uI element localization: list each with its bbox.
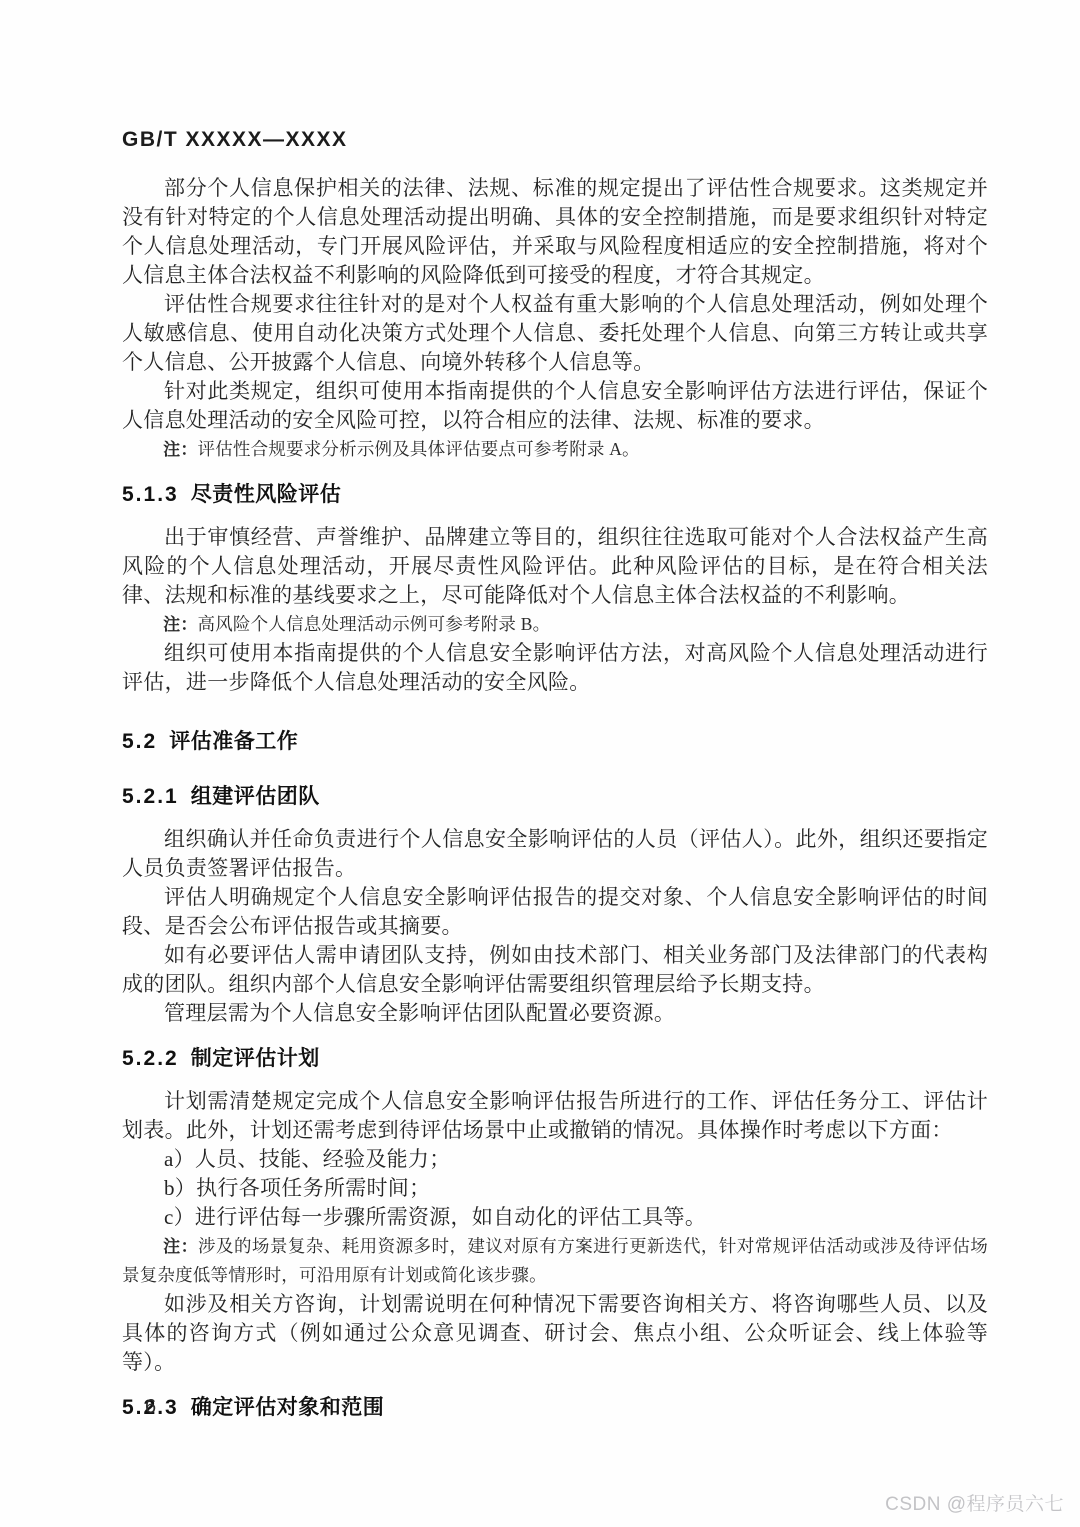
paragraph: 部分个人信息保护相关的法律、法规、标准的规定提出了评估性合规要求。这类规定并没有… bbox=[122, 174, 988, 290]
note-text: 涉及的场景复杂、耗用资源多时，建议对原有方案进行更新迭代，针对常规评估活动或涉及… bbox=[122, 1236, 988, 1285]
document-page: GB/T XXXXX—XXXX 部分个人信息保护相关的法律、法规、标准的规定提出… bbox=[0, 0, 1080, 1527]
paragraph: 计划需清楚规定完成个人信息安全影响评估报告所进行的工作、评估任务分工、评估计划表… bbox=[122, 1087, 988, 1145]
paragraph: 组织确认并任命负责进行个人信息安全影响评估的人员（评估人）。此外，组织还要指定人… bbox=[122, 825, 988, 883]
section-number: 5.2.2 bbox=[122, 1047, 179, 1070]
section-title: 尽责性风险评估 bbox=[191, 483, 342, 506]
paragraph: 管理层需为个人信息安全影响评估团队配置必要资源。 bbox=[122, 999, 988, 1028]
section-title: 评估准备工作 bbox=[169, 730, 298, 753]
note-label: 注： bbox=[163, 440, 197, 459]
paragraph: 针对此类规定，组织可使用本指南提供的个人信息安全影响评估方法进行评估，保证个人信… bbox=[122, 377, 988, 435]
list-item: c）进行评估每一步骤所需资源，如自动化的评估工具等。 bbox=[122, 1203, 988, 1232]
note: 注：涉及的场景复杂、耗用资源多时，建议对原有方案进行更新迭代，针对常规评估活动或… bbox=[122, 1232, 988, 1290]
section-number: 5.2.1 bbox=[122, 785, 179, 808]
section-title: 制定评估计划 bbox=[191, 1047, 320, 1070]
document-content: 部分个人信息保护相关的法律、法规、标准的规定提出了评估性合规要求。这类规定并没有… bbox=[122, 174, 988, 1422]
paragraph: 评估人明确规定个人信息安全影响评估报告的提交对象、个人信息安全影响评估的时间段、… bbox=[122, 883, 988, 941]
note-text: 评估性合规要求分析示例及具体评估要点可参考附录 A。 bbox=[198, 439, 640, 459]
note-text: 高风险个人信息处理活动示例可参考附录 B。 bbox=[198, 614, 551, 634]
note-label: 注： bbox=[163, 1237, 198, 1256]
note-label: 注： bbox=[163, 615, 197, 634]
paragraph: 出于审慎经营、声誉维护、品牌建立等目的，组织往往选取可能对个人合法权益产生高风险… bbox=[122, 523, 988, 610]
section-heading-5.2.3: 5.2.3确定评估对象和范围 bbox=[122, 1393, 988, 1422]
paragraph: 如涉及相关方咨询，计划需说明在何种情况下需要咨询相关方、将咨询哪些人员、以及具体… bbox=[122, 1290, 988, 1377]
section-title: 确定评估对象和范围 bbox=[191, 1396, 385, 1419]
watermark-text: CSDN @程序员六七 bbox=[885, 1489, 1064, 1516]
page-number: 6 bbox=[145, 1396, 156, 1419]
section-heading-5.2.2: 5.2.2制定评估计划 bbox=[122, 1044, 988, 1073]
section-number: 5.1.3 bbox=[122, 483, 179, 506]
section-title: 组建评估团队 bbox=[191, 785, 320, 808]
section-heading-5.2.1: 5.2.1组建评估团队 bbox=[122, 782, 988, 811]
section-heading-5.2: 5.2评估准备工作 bbox=[122, 727, 988, 756]
section-number: 5.2 bbox=[122, 730, 157, 753]
paragraph: 如有必要评估人需申请团队支持，例如由技术部门、相关业务部门及法律部门的代表构成的… bbox=[122, 941, 988, 999]
note: 注：高风险个人信息处理活动示例可参考附录 B。 bbox=[122, 610, 988, 639]
list-item: b）执行各项任务所需时间； bbox=[122, 1174, 988, 1203]
list-item: a）人员、技能、经验及能力； bbox=[122, 1145, 988, 1174]
section-heading-5.1.3: 5.1.3尽责性风险评估 bbox=[122, 480, 988, 509]
paragraph: 评估性合规要求往往针对的是对个人权益有重大影响的个人信息处理活动，例如处理个人敏… bbox=[122, 290, 988, 377]
paragraph: 组织可使用本指南提供的个人信息安全影响评估方法，对高风险个人信息处理活动进行评估… bbox=[122, 639, 988, 697]
note: 注：评估性合规要求分析示例及具体评估要点可参考附录 A。 bbox=[122, 435, 988, 464]
document-body: GB/T XXXXX—XXXX 部分个人信息保护相关的法律、法规、标准的规定提出… bbox=[122, 125, 988, 1422]
standard-number-header: GB/T XXXXX—XXXX bbox=[122, 125, 988, 154]
